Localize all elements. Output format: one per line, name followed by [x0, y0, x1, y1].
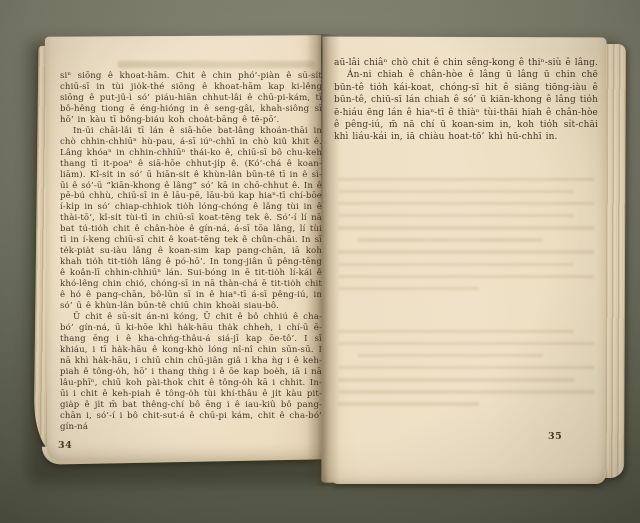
ghost-text-line [338, 250, 594, 253]
ghost-text-line [338, 275, 594, 278]
page-number-right: 35 [548, 431, 562, 442]
body-paragraph: siⁿ siōng ê khoat-hām. Chit ê chin phó’-… [60, 71, 322, 126]
ghost-text-line [338, 202, 594, 205]
right-page-text: aū-lâi chiâⁿ chò chit ê chin sêng-kong ê… [334, 57, 598, 167]
ghost-text-line [338, 178, 594, 181]
show-through-text-block [338, 178, 594, 299]
body-paragraph: In-ūi chāi-lâi tī lán ê siā-hōe bat-lâng… [60, 126, 322, 312]
page-stack-fore-edge [603, 44, 626, 478]
ghost-text-line [338, 190, 574, 193]
ghost-text-line [338, 366, 594, 369]
show-through-text-block [338, 330, 594, 415]
ghost-text-line [338, 287, 479, 290]
ghost-text-line [338, 214, 574, 217]
ghost-text-line [338, 402, 479, 405]
body-paragraph: aū-lâi chiâⁿ chò chit ê chin sêng-kong ê… [334, 57, 598, 69]
ghost-text-line [338, 263, 574, 266]
ghost-text-line [338, 390, 594, 393]
ghost-text-line [338, 342, 594, 345]
show-through-header [118, 61, 314, 68]
ghost-text-line [338, 330, 574, 333]
body-paragraph: Ū chit ê sū-si̍t án-ni kóng, Ū chit ê bô… [60, 312, 322, 432]
book-photo-scene: siⁿ siōng ê khoat-hām. Chit ê chin phó’-… [0, 0, 640, 523]
page-number-left: 34 [58, 440, 72, 451]
ghost-text-line [358, 238, 542, 241]
ghost-text-line [338, 226, 594, 229]
ghost-text-line [358, 354, 542, 357]
ghost-text-line [338, 378, 574, 381]
body-paragraph: Án-ni chiah ê chân-hòe ê lâng ū lâng ū c… [334, 69, 598, 143]
left-page-text: siⁿ siōng ê khoat-hām. Chit ê chin phó’-… [60, 71, 322, 431]
